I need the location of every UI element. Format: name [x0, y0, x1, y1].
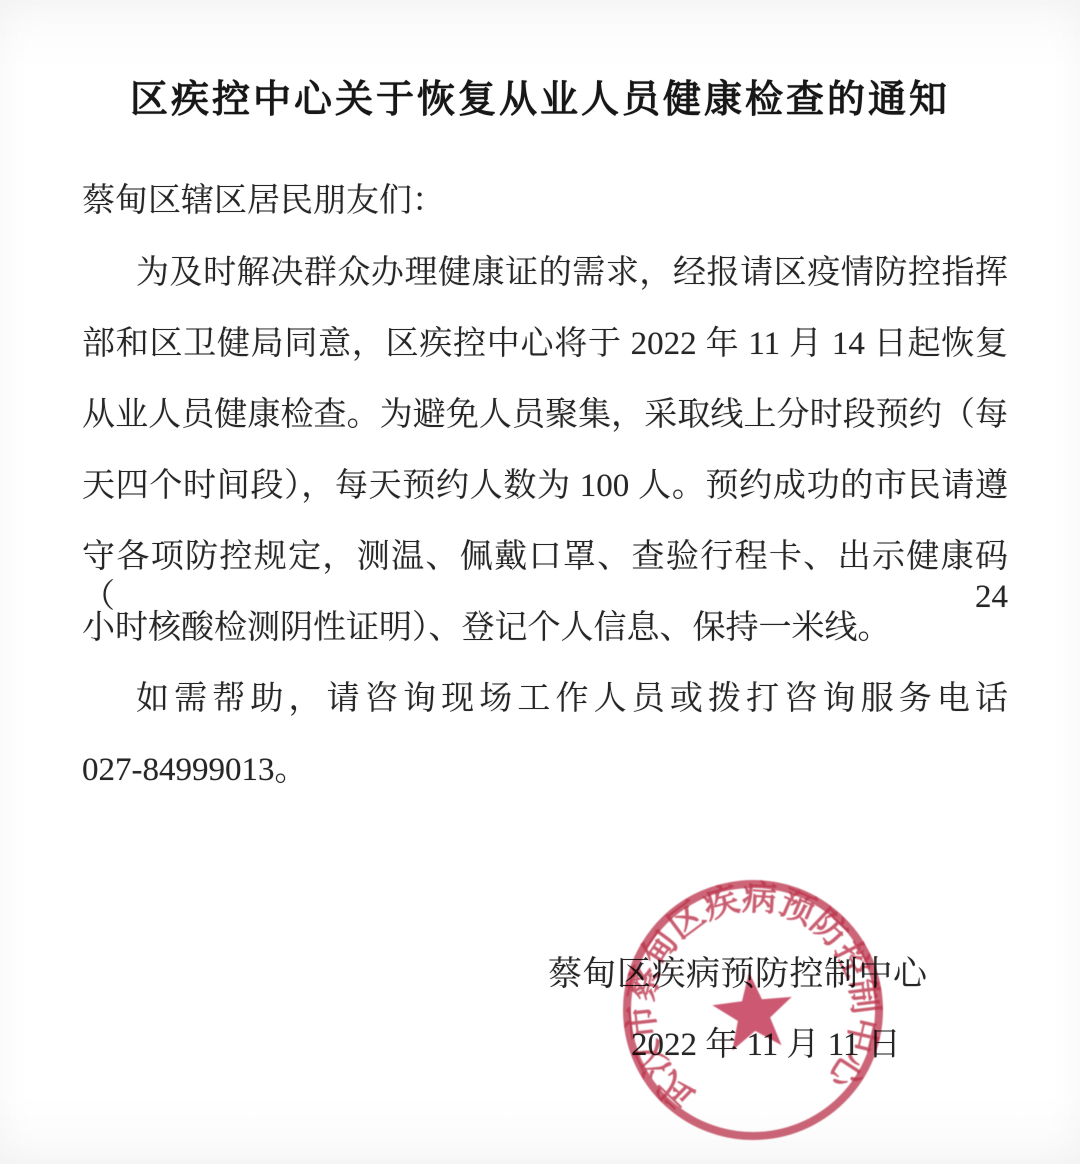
- phone-number-line: 027-84999013。: [82, 750, 1008, 790]
- seal-ring: [615, 872, 892, 1149]
- body-line-1: 为及时解决群众办理健康证的需求，经报请区疫情防控指挥: [82, 253, 1008, 293]
- document-title: 区疾控中心关于恢复从业人员健康检查的通知: [0, 68, 1080, 123]
- body-line-6: 小时核酸检测阴性证明）、登记个人信息、保持一米线。: [82, 608, 1008, 648]
- document-page: 区疾控中心关于恢复从业人员健康检查的通知 蔡甸区辖区居民朋友们： 为及时解决群众…: [0, 0, 1080, 1164]
- greeting-line: 蔡甸区辖区居民朋友们：: [82, 181, 1008, 221]
- body-line-7: 如需帮助，请咨询现场工作人员或拨打咨询服务电话: [82, 679, 1008, 719]
- body-line-3: 从业人员健康检查。为避免人员聚集，采取线上分时段预约（每: [82, 395, 1008, 435]
- body-line-5: 守各项防控规定，测温、佩戴口罩、查验行程卡、出示健康码（24: [82, 537, 1008, 617]
- signature-org: 蔡甸区疾病预防控制中心: [548, 946, 928, 995]
- body-line-2: 部和区卫健局同意，区疾控中心将于 2022 年 11 月 14 日起恢复: [82, 324, 1008, 364]
- body-line-4: 天四个时间段），每天预约人数为 100 人。预约成功的市民请遵: [82, 466, 1008, 506]
- signature-date: 2022 年 11 月 11 日: [631, 1018, 901, 1065]
